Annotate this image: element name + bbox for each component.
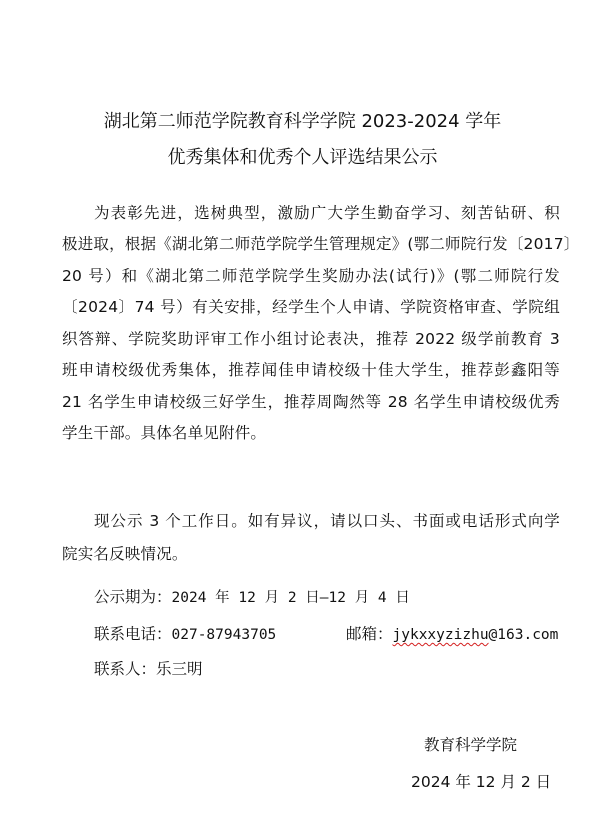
contact-email: 邮箱：jykxxyzizhu@163.com: [346, 624, 558, 645]
document-title-line-2: 优秀集体和优秀个人评选结果公示: [0, 147, 605, 169]
paragraph-line: 院实名反映情况。: [62, 544, 560, 564]
contact-phone-value: 027-87943705: [172, 627, 277, 643]
publicity-period-value: 2024 年 12 月 2 日—12 月 4 日: [172, 590, 410, 606]
paragraph-line: 20 号）和《湖北第二师范学院学生奖励办法(试行)》(鄂二师院行发: [62, 266, 560, 286]
paragraph-line: 班申请校级优秀集体，推荐闻佳申请校级十佳大学生，推荐彭鑫阳等: [62, 360, 560, 380]
paragraph-line: 为表彰先进，选树典型，激励广大学生勤奋学习、刻苦钻研、积: [94, 203, 560, 223]
paragraph-line: 极进取，根据《湖北第二师范学院学生管理规定》(鄂二师院行发〔2017〕: [62, 234, 560, 254]
contact-phone-label: 联系电话：: [94, 625, 172, 643]
signature-organization: 教育科学学院: [424, 735, 517, 755]
paragraph-line: 21 名学生申请校级三好学生，推荐周陶然等 28 名学生申请校级优秀: [62, 392, 560, 412]
contact-email-label: 邮箱：: [346, 625, 393, 643]
paragraph-line: 现公示 3 个工作日。如有异议，请以口头、书面或电话形式向学: [94, 511, 560, 531]
contact-person-value: 乐三明: [156, 660, 203, 678]
contact-email-user[interactable]: jykxxyzizhu: [393, 627, 489, 643]
contact-email-domain[interactable]: @163.com: [489, 627, 559, 643]
paragraph-line: 学生干部。具体名单见附件。: [62, 423, 560, 443]
document-page: 湖北第二师范学院教育科学学院 2023-2024 学年 优秀集体和优秀个人评选结…: [0, 0, 605, 816]
publicity-period-label: 公示期为：: [94, 588, 172, 606]
contact-phone: 联系电话：027-87943705: [94, 624, 276, 645]
signature-date: 2024 年 12 月 2 日: [411, 772, 551, 792]
paragraph-line: 织答辩、学院奖助评审工作小组讨论表决，推荐 2022 级学前教育 3: [62, 329, 560, 349]
contact-person: 联系人：乐三明: [94, 659, 203, 679]
document-title-line-1: 湖北第二师范学院教育科学学院 2023-2024 学年: [0, 111, 605, 133]
paragraph-line: 〔2024〕74 号）有关安排，经学生个人申请、学院资格审查、学院组: [62, 297, 560, 317]
contact-person-label: 联系人：: [94, 660, 156, 678]
publicity-period: 公示期为：2024 年 12 月 2 日—12 月 4 日: [94, 587, 410, 608]
